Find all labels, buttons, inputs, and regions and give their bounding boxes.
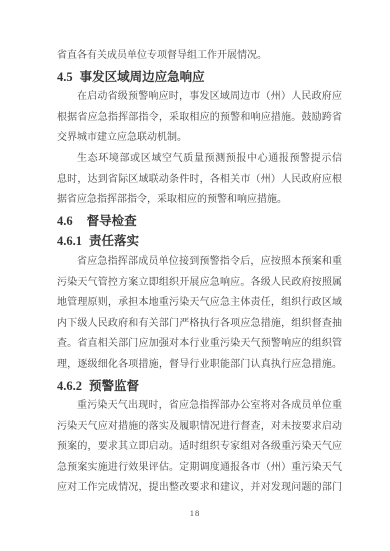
section-number: 4.6 <box>57 211 73 232</box>
section-title: 督导检查 <box>87 211 137 232</box>
section-heading-4-5: 4.5事发区域周边应急响应 <box>57 67 342 88</box>
section-heading-4-6: 4.6督导检查 <box>57 211 342 232</box>
document-body: 省直各有关成员单位专项督导组工作开展情况。 4.5事发区域周边应急响应 在启动省… <box>57 46 342 499</box>
section-heading-4-6-2: 4.6.2预警监督 <box>57 376 342 397</box>
paragraph-line: 在启动省级预警响应时，事发区域周边市（州）人民政府应 <box>57 87 342 108</box>
section-title: 事发区域周边应急响应 <box>80 67 205 88</box>
page-number: 18 <box>0 508 390 518</box>
paragraph-line: 省直各有关成员单位专项督导组工作开展情况。 <box>57 46 342 67</box>
paragraph-line: 重污染天气出现时，省应急指挥部办公室将对各成员单位重 <box>57 396 342 417</box>
paragraph-line: 污染天气应对措施的落实及履职情况进行督查，对未按要求启动 <box>57 417 342 438</box>
paragraph-line: 急预案实施进行效果评估。定期调度通报各市（州）重污染天气 <box>57 458 342 479</box>
paragraph-line: 地管理原则，承担本地重污染天气应急主体责任，组织行政区域 <box>57 293 342 314</box>
document-page: 省直各有关成员单位专项督导组工作开展情况。 4.5事发区域周边应急响应 在启动省… <box>0 0 390 551</box>
paragraph-line: 生态环境部或区域空气质量预测预报中心通报预警提示信 <box>57 149 342 170</box>
section-number: 4.6.2 <box>57 376 82 397</box>
paragraph-line: 据省应急指挥部指令，采取相应的预警和响应措施。 <box>57 190 342 211</box>
section-number: 4.6.1 <box>57 231 82 252</box>
section-number: 4.5 <box>57 67 73 88</box>
paragraph-line: 省应急指挥部成员单位接到预警指令后，应按照本预案和重 <box>57 252 342 273</box>
paragraph-line: 理，逐级细化各项措施，督导行业职能部门认真执行应急措施。 <box>57 355 342 376</box>
section-title: 责任落实 <box>89 231 139 252</box>
section-heading-4-6-1: 4.6.1责任落实 <box>57 231 342 252</box>
paragraph-line: 根据省应急指挥部指令，采取相应的预警和响应措施。鼓励跨省 <box>57 108 342 129</box>
paragraph-line: 内下级人民政府和有关部门严格执行各项应急措施，组织督查抽 <box>57 314 342 335</box>
paragraph-line: 污染天气管控方案立即组织开展应急响应。各级人民政府按照属 <box>57 273 342 294</box>
paragraph-line: 交界城市建立应急联动机制。 <box>57 128 342 149</box>
paragraph-line: 预案的，要求其立即启动。适时组织专家组对各级重污染天气应 <box>57 437 342 458</box>
paragraph-line: 查。省直相关部门应加强对本行业重污染天气预警响应的组织管 <box>57 334 342 355</box>
section-title: 预警监督 <box>89 376 139 397</box>
paragraph-line: 应对工作完成情况，提出整改要求和建议，并对发现问题的部门 <box>57 478 342 499</box>
paragraph-line: 息时，达到省际区域联动条件时，各相关市（州）人民政府应根 <box>57 170 342 191</box>
